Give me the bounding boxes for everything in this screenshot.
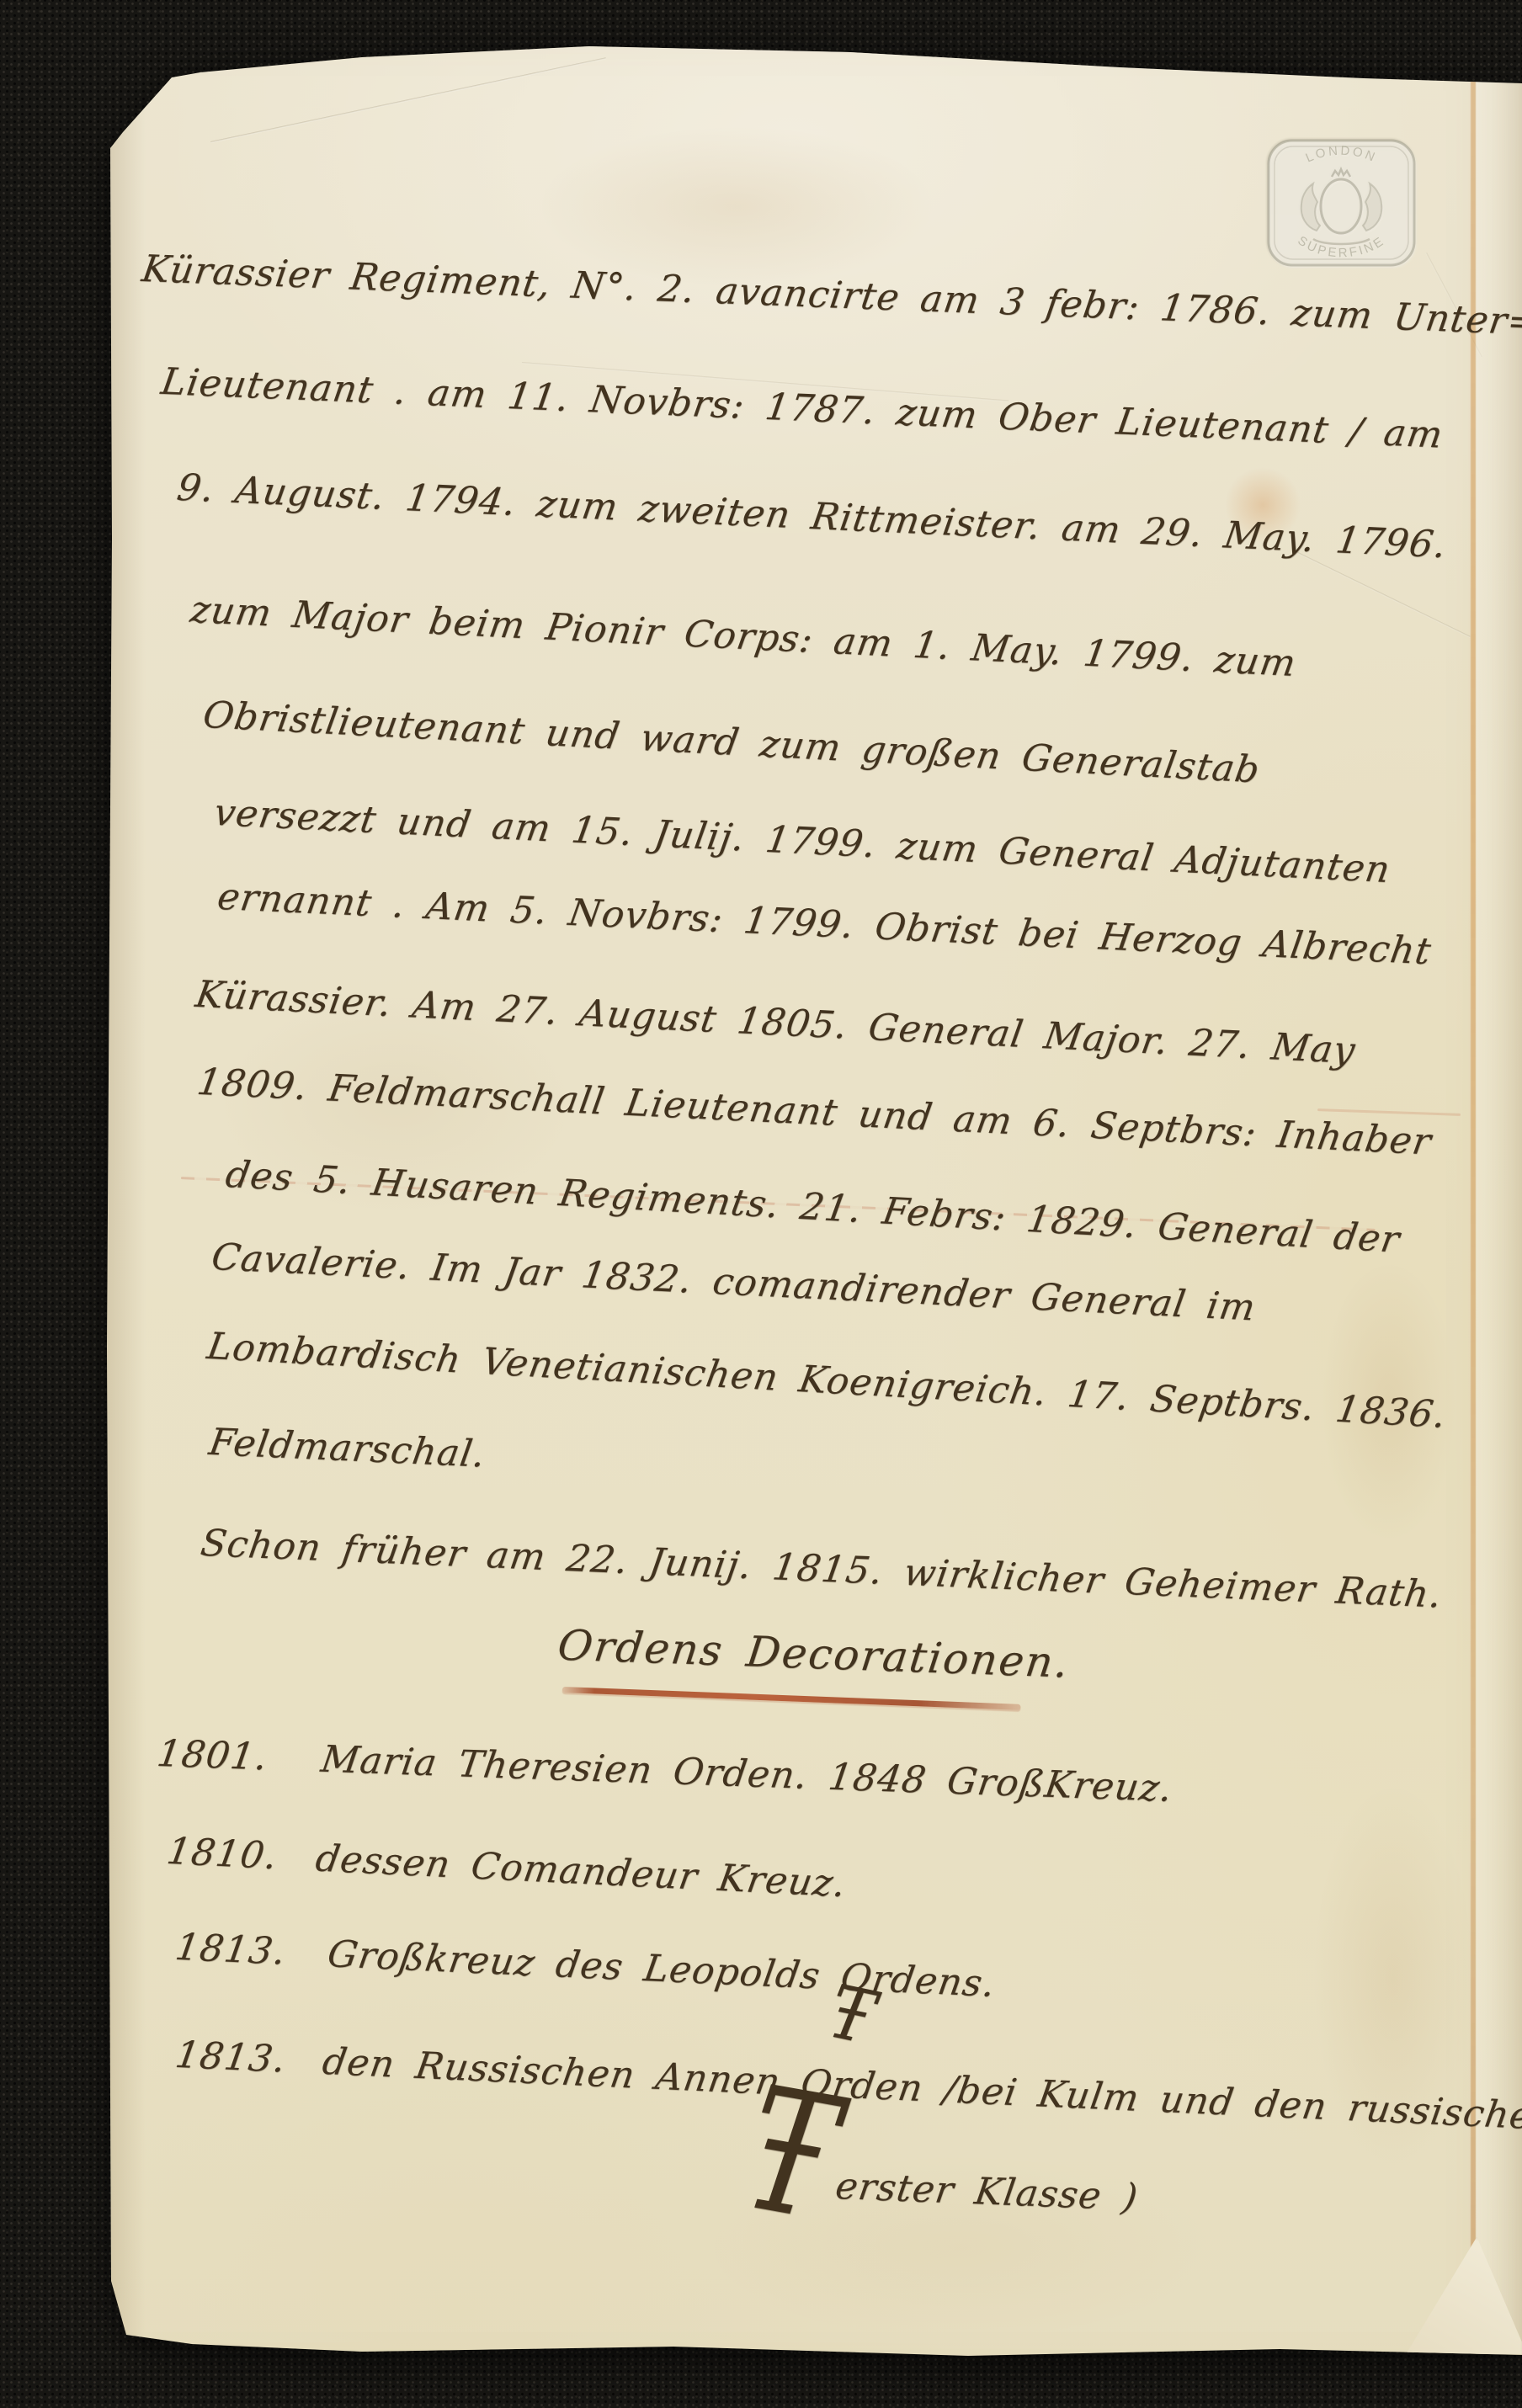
crease-line xyxy=(1296,551,1471,638)
manuscript-line: Lieutenant . am 11. Novbrs: 1787. zum Ob… xyxy=(159,364,1446,454)
page-background: { "document": { "ink_color": "#42331f", … xyxy=(0,0,1522,2408)
manuscript-line: 1809. Feldmarschall Lieutenant und am 6.… xyxy=(194,1064,1434,1161)
section-heading: Ordens Decorationen. xyxy=(517,1623,1111,1685)
decoration-year: 1801. xyxy=(155,1736,270,1776)
decoration-text: den Russischen Annen Orden /bei Kulm und… xyxy=(320,2044,1522,2136)
manuscript-line: Lombardisch Venetianischen Koenigreich. … xyxy=(205,1328,1449,1434)
manuscript-line: 9. August. 1794. zum zweiten Rittmeister… xyxy=(174,470,1449,564)
red-ink-bleed-line xyxy=(1317,1108,1461,1116)
adjacent-page-edge xyxy=(1476,77,1522,2355)
paper-edge-shading xyxy=(107,46,146,2352)
decoration-row: 1810.dessen Comandeur Kreuz. xyxy=(164,1833,849,1903)
manuscript-line: Kürassier. Am 27. August 1805. General M… xyxy=(193,976,1358,1070)
manuscript-line: des 5. Husaren Regiments. 21. Febrs: 182… xyxy=(223,1156,1402,1259)
manuscript-line: Obristlieutenant und ward zum großen Gen… xyxy=(200,697,1263,789)
decoration-text: dessen Comandeur Kreuz. xyxy=(313,1841,849,1904)
decoration-row: 1801.Maria Theresien Orden. 1848 GroßKre… xyxy=(155,1736,1175,1808)
embossed-paper-seal: LONDON SUPERFINE xyxy=(1264,136,1418,269)
insertion-text-line: erster Klasse ) xyxy=(833,2168,1141,2217)
decoration-year: 1813. xyxy=(173,1929,288,1971)
manuscript-line: ernannt . Am 5. Novbrs: 1799. Obrist bei… xyxy=(215,879,1434,970)
manuscript-line: versezzt und am 15. Julij. 1799. zum Gen… xyxy=(211,795,1392,889)
crease-line xyxy=(210,57,606,143)
manuscript-line: Feldmarschal. xyxy=(206,1424,488,1474)
paper-stain xyxy=(539,126,934,286)
paper-sheet: LONDON SUPERFINE Kürassier Regiment, N°.… xyxy=(0,0,1522,2408)
manuscript-line: Cavalerie. Im Jar 1832. comandirender Ge… xyxy=(209,1239,1258,1326)
decoration-text: Maria Theresien Orden. 1848 GroßKreuz. xyxy=(319,1741,1175,1808)
heading-underline xyxy=(562,1687,1021,1710)
manuscript-line: zum Major beim Pionir Corps: am 1. May. … xyxy=(188,592,1299,683)
decoration-year: 1810. xyxy=(164,1833,280,1875)
decoration-year: 1813. xyxy=(173,2037,288,2079)
paper-shadow: LONDON SUPERFINE Kürassier Regiment, N°.… xyxy=(0,0,1522,2408)
decoration-text: Großkreuz des Leopolds Ordens. xyxy=(325,1936,998,2003)
manuscript-line: Schon früher am 22. Junij. 1815. wirklic… xyxy=(199,1525,1445,1614)
fold-crease-line xyxy=(1471,76,1476,2353)
